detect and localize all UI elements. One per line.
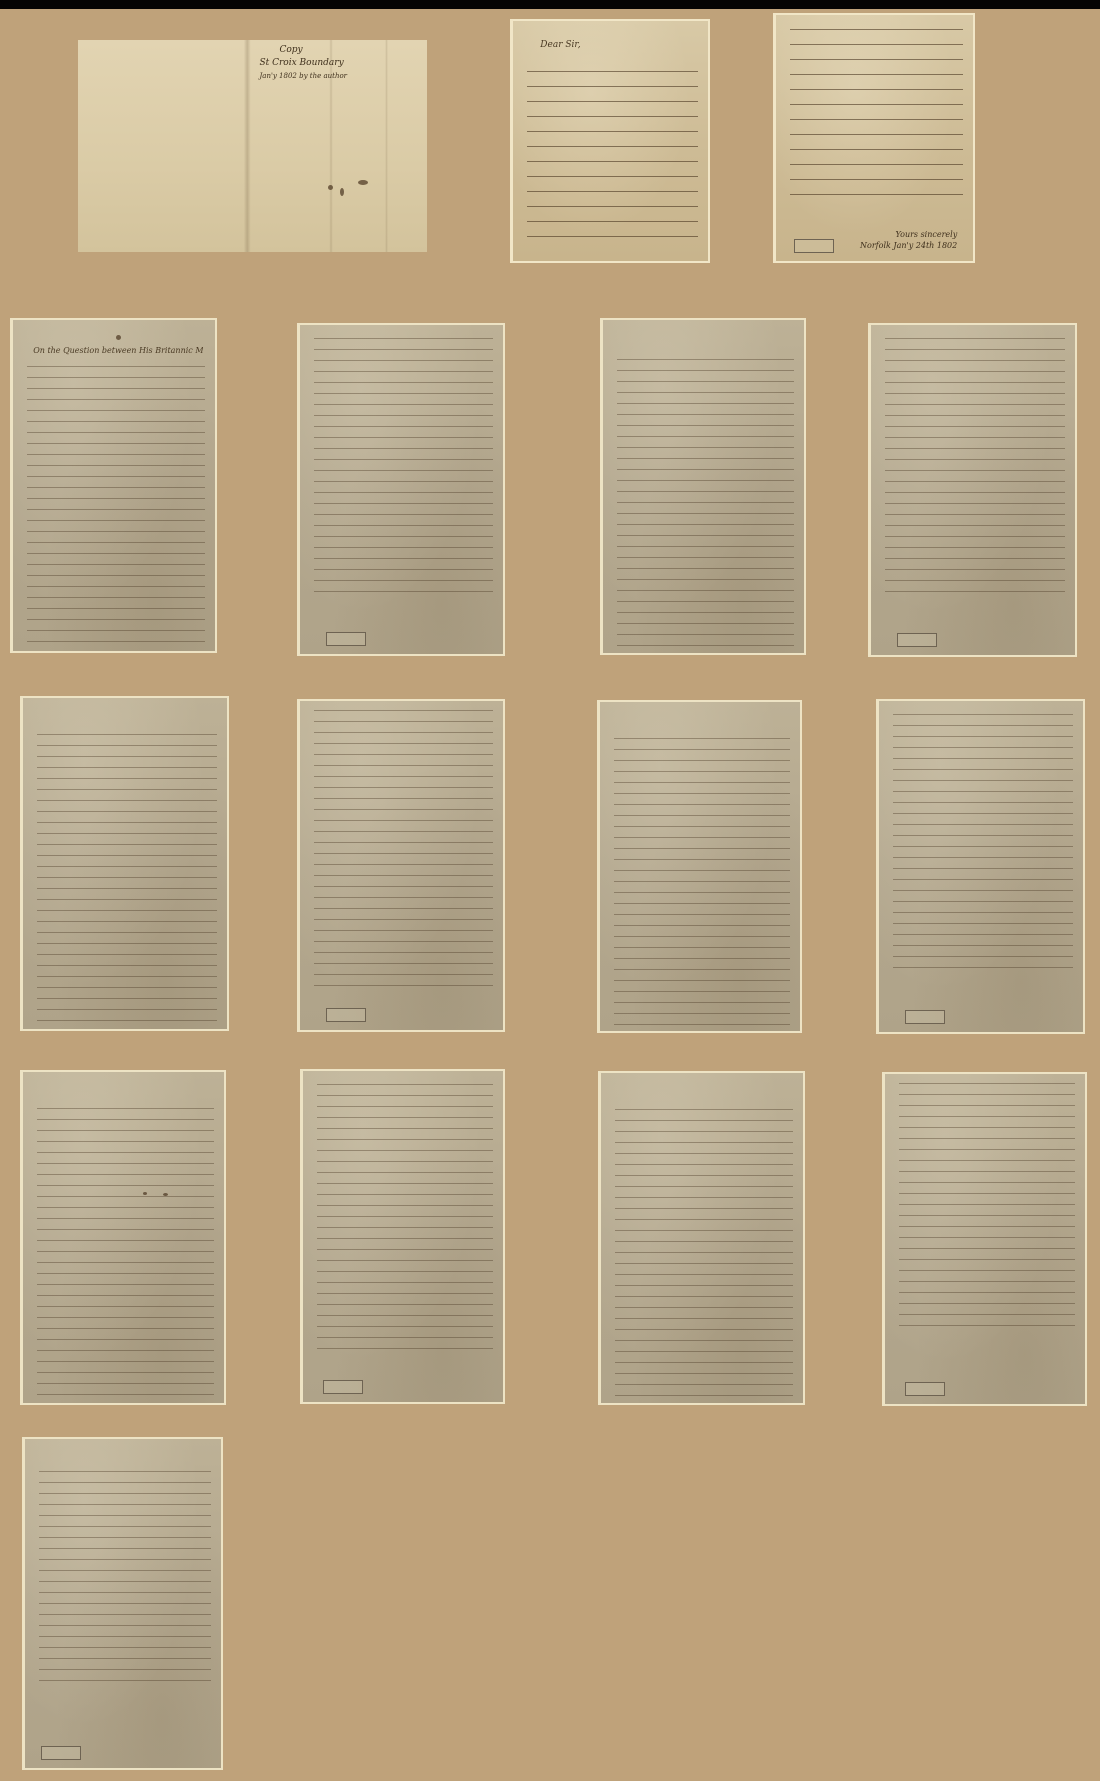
archive-stamp bbox=[326, 1008, 366, 1022]
cover-line-2: St Croix Boundary bbox=[259, 57, 347, 70]
archive-stamp bbox=[905, 1010, 945, 1024]
archive-stamp bbox=[323, 1380, 363, 1394]
archive-stamp bbox=[326, 632, 366, 646]
page-thumbnail-8[interactable] bbox=[20, 696, 229, 1031]
top-bar bbox=[0, 0, 1100, 9]
handwritten-text bbox=[37, 728, 217, 1026]
signature-line-1: Yours sincerely bbox=[860, 229, 957, 240]
handwritten-text bbox=[617, 353, 794, 649]
signature-line-2: Norfolk Jan'y 24th 1802 bbox=[860, 240, 957, 251]
handwritten-text bbox=[885, 332, 1065, 596]
page-thumbnail-3[interactable]: Yours sincerely Norfolk Jan'y 24th 1802 bbox=[773, 13, 975, 263]
handwritten-text bbox=[314, 704, 493, 990]
cover-handwriting: Copy St Croix Boundary Jan'y 1802 by the… bbox=[259, 44, 347, 83]
page-thumbnail-13[interactable] bbox=[300, 1069, 505, 1404]
ink-blot bbox=[358, 180, 368, 185]
page-thumbnail-16[interactable] bbox=[22, 1437, 223, 1770]
ink-blot bbox=[163, 1193, 168, 1196]
page-thumbnail-7[interactable] bbox=[868, 323, 1077, 657]
page-thumbnail-2[interactable]: Dear Sir, bbox=[510, 19, 710, 263]
handwritten-text bbox=[27, 360, 205, 645]
archive-stamp bbox=[905, 1382, 945, 1396]
ink-blot bbox=[116, 335, 121, 340]
ink-blot bbox=[340, 188, 344, 196]
handwritten-text bbox=[37, 1102, 214, 1400]
handwritten-text bbox=[314, 332, 493, 602]
page-thumbnail-9[interactable] bbox=[297, 699, 505, 1032]
cover-line-1: Copy bbox=[259, 44, 347, 57]
page-thumbnail-6[interactable] bbox=[600, 318, 806, 655]
ink-blot bbox=[328, 185, 333, 190]
ink-blot bbox=[143, 1192, 147, 1195]
page-thumbnail-5[interactable] bbox=[297, 323, 505, 656]
page-thumbnail-1[interactable]: Copy St Croix Boundary Jan'y 1802 by the… bbox=[78, 40, 427, 252]
cover-line-3: Jan'y 1802 by the author bbox=[259, 70, 347, 83]
handwritten-text bbox=[614, 732, 790, 1028]
archive-stamp bbox=[41, 1746, 81, 1760]
archive-stamp bbox=[794, 239, 834, 253]
letter-salutation: Dear Sir, bbox=[540, 40, 696, 50]
page-thumbnail-15[interactable] bbox=[882, 1072, 1087, 1406]
handwritten-text bbox=[893, 708, 1073, 976]
handwritten-text bbox=[615, 1103, 793, 1397]
handwritten-text bbox=[317, 1078, 493, 1356]
handwritten-text bbox=[790, 20, 963, 207]
letter-signature: Yours sincerely Norfolk Jan'y 24th 1802 bbox=[860, 229, 957, 251]
page-thumbnail-4[interactable]: On the Question between His Britannic Ma… bbox=[10, 318, 217, 653]
handwritten-text bbox=[899, 1077, 1075, 1331]
handwritten-text bbox=[39, 1465, 211, 1682]
page-thumbnail-10[interactable] bbox=[597, 700, 802, 1033]
page-thumbnail-12[interactable] bbox=[20, 1070, 226, 1405]
page-thumbnail-14[interactable] bbox=[598, 1071, 805, 1405]
archive-stamp bbox=[897, 633, 937, 647]
memorandum-heading: On the Question between His Britannic Ma… bbox=[33, 346, 203, 355]
handwritten-text bbox=[527, 62, 699, 252]
page-thumbnail-11[interactable] bbox=[876, 699, 1085, 1034]
